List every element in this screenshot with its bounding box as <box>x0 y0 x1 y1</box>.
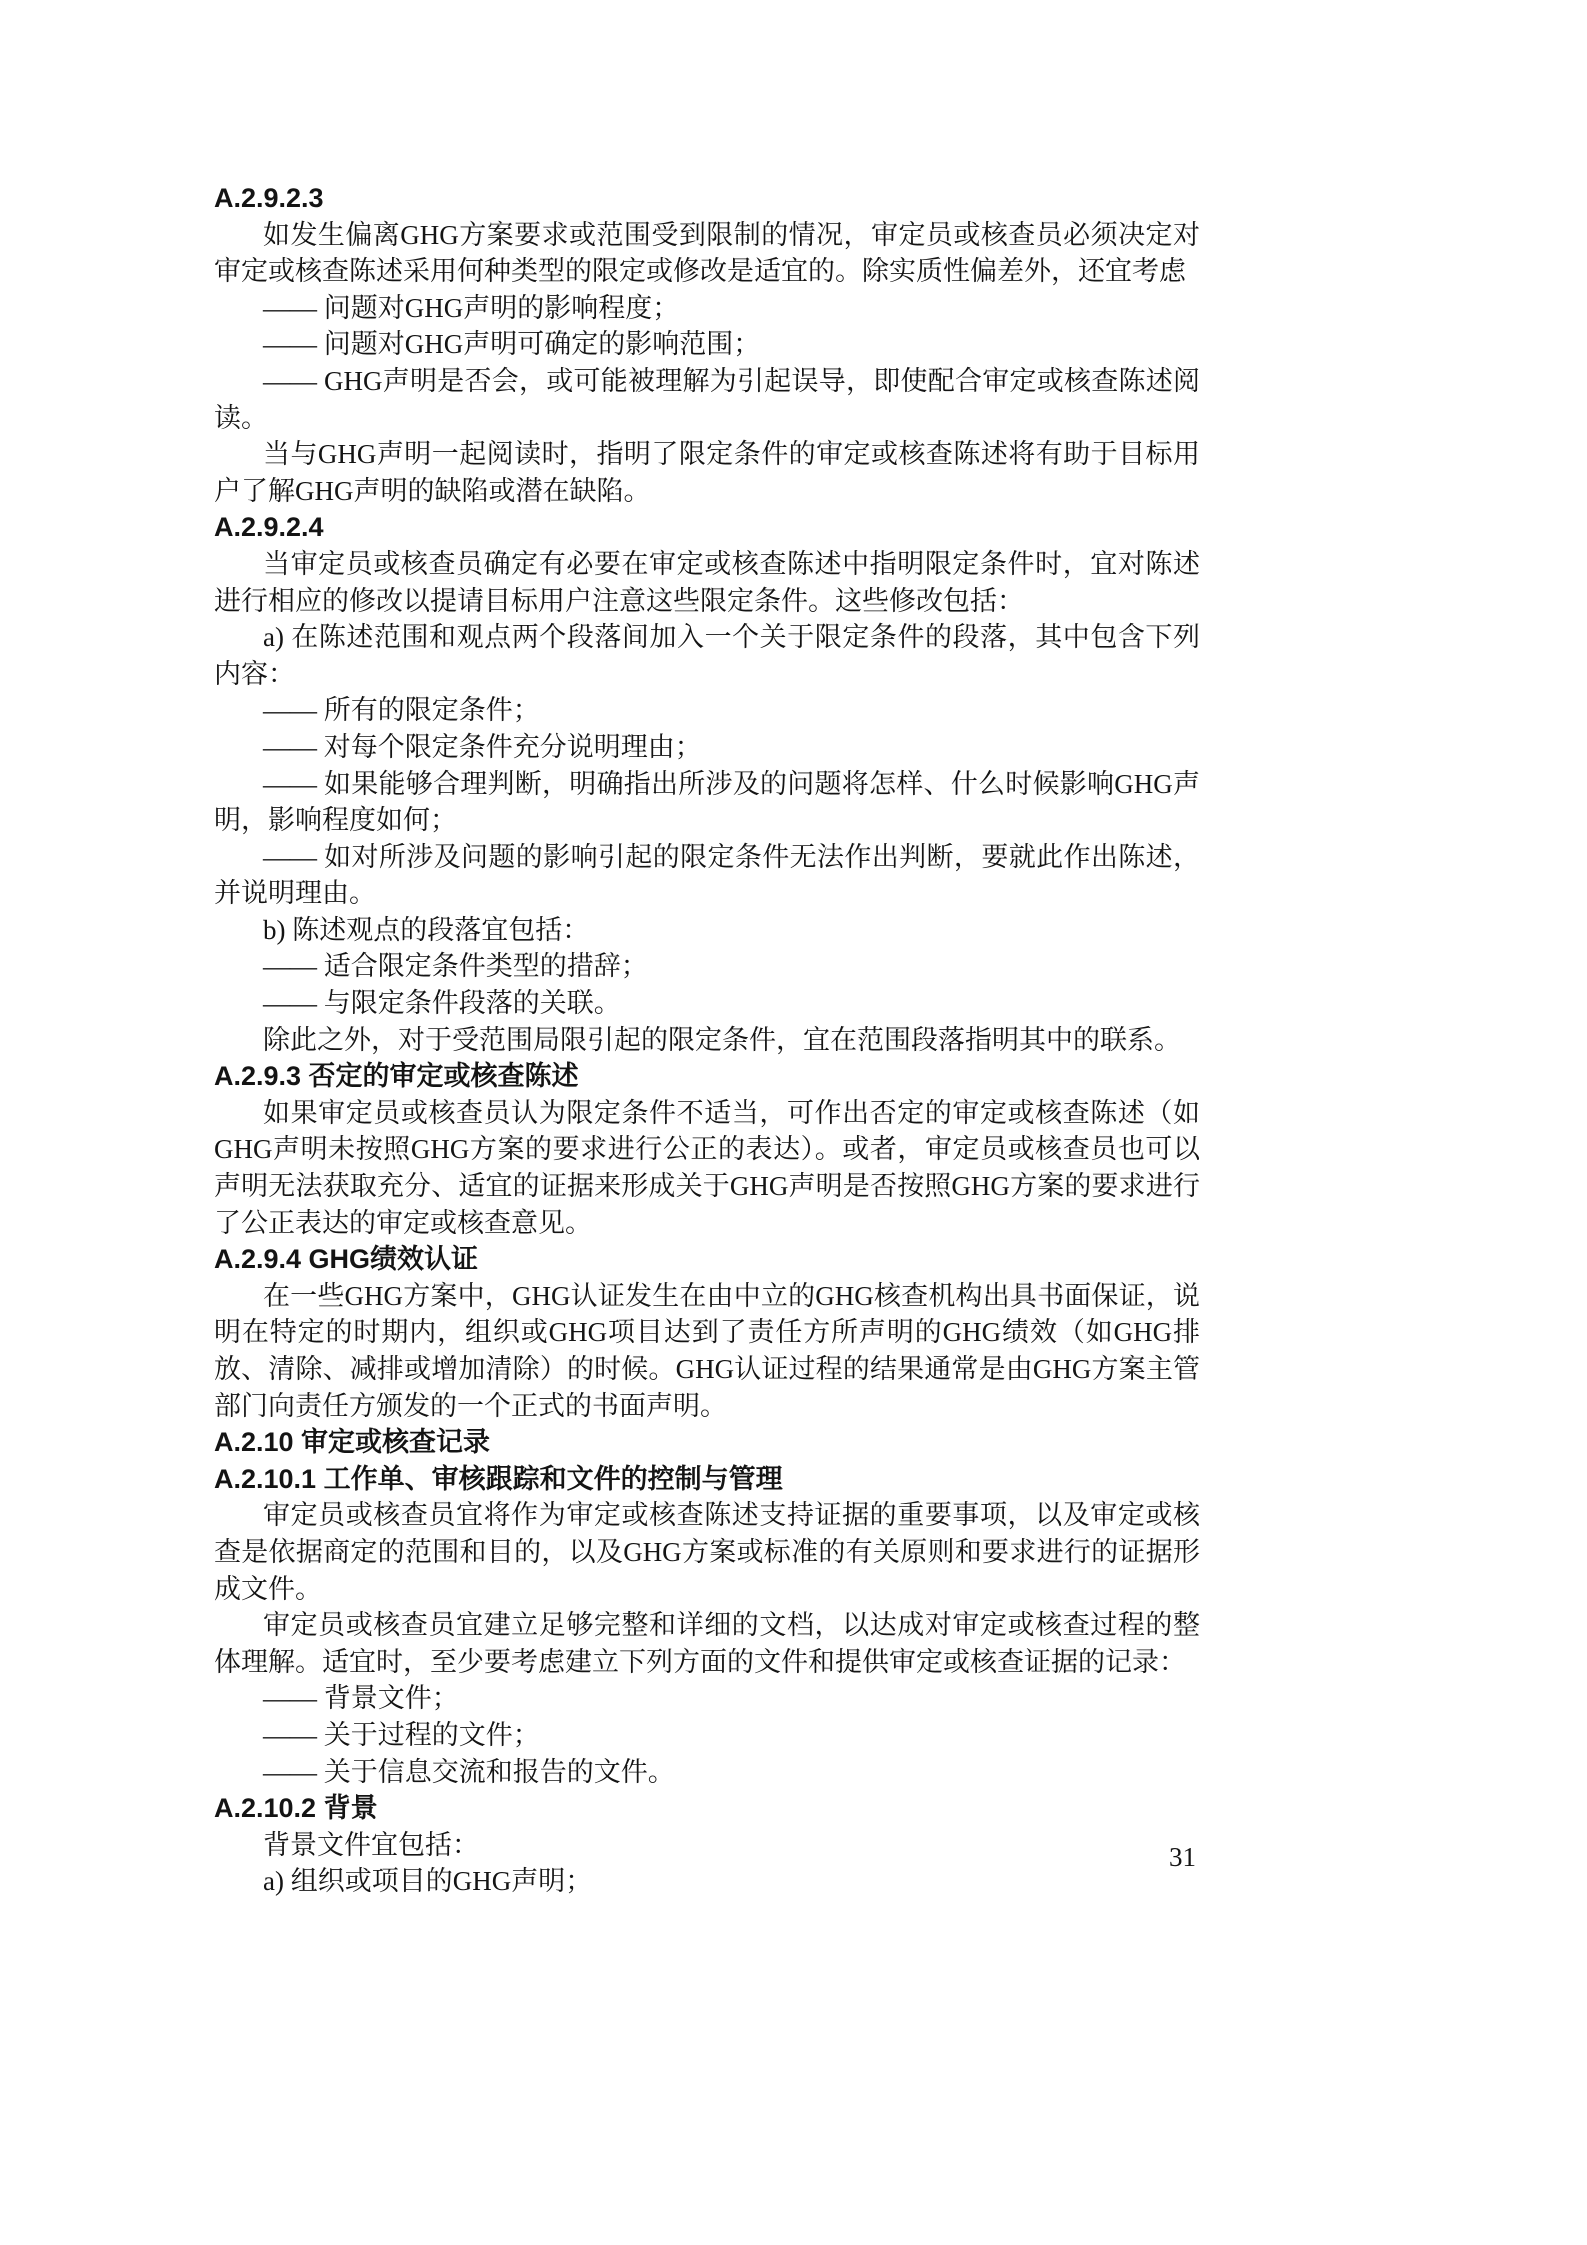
paragraph: 如果审定员或核查员认为限定条件不适当，可作出否定的审定或核查陈述（如GHG声明未… <box>214 1095 1200 1241</box>
bullet-item: —— 关于信息交流和报告的文件。 <box>214 1754 1200 1791</box>
bullet-item: —— 所有的限定条件； <box>214 692 1200 729</box>
page-body: A.2.9.2.3如发生偏离GHG方案要求或范围受到限制的情况，审定员或核查员必… <box>214 180 1200 1900</box>
bullet-item: —— 问题对GHG声明的影响程度； <box>214 290 1200 327</box>
paragraph: 如发生偏离GHG方案要求或范围受到限制的情况，审定员或核查员必须决定对审定或核查… <box>214 217 1200 290</box>
paragraph: 审定员或核查员宜建立足够完整和详细的文档，以达成对审定或核查过程的整体理解。适宜… <box>214 1607 1200 1680</box>
section-heading: A.2.9.2.4 <box>214 509 1200 546</box>
bullet-item: —— 对每个限定条件充分说明理由； <box>214 729 1200 766</box>
section-heading: A.2.9.4 GHG绩效认证 <box>214 1241 1200 1278</box>
document-page: { "document": { "language": "zh-CN", "pa… <box>0 0 1587 2245</box>
list-item: a) 在陈述范围和观点两个段落间加入一个关于限定条件的段落，其中包含下列内容： <box>214 619 1200 692</box>
paragraph: 审定员或核查员宜将作为审定或核查陈述支持证据的重要事项，以及审定或核查是依据商定… <box>214 1497 1200 1607</box>
bullet-item: —— 适合限定条件类型的措辞； <box>214 948 1200 985</box>
bullet-item: —— 与限定条件段落的关联。 <box>214 985 1200 1022</box>
section-heading: A.2.9.2.3 <box>214 180 1200 217</box>
bullet-item: —— 关于过程的文件； <box>214 1717 1200 1754</box>
section-heading: A.2.9.3 否定的审定或核查陈述 <box>214 1058 1200 1095</box>
bullet-item: —— GHG声明是否会，或可能被理解为引起误导，即使配合审定或核查陈述阅读。 <box>214 363 1200 436</box>
section-heading: A.2.10.2 背景 <box>214 1790 1200 1827</box>
bullet-item: —— 如对所涉及问题的影响引起的限定条件无法作出判断，要就此作出陈述，并说明理由… <box>214 839 1200 912</box>
bullet-item: —— 问题对GHG声明可确定的影响范围； <box>214 326 1200 363</box>
page-number: 31 <box>214 1841 1196 1873</box>
bullet-item: —— 如果能够合理判断，明确指出所涉及的问题将怎样、什么时候影响GHG声明，影响… <box>214 766 1200 839</box>
section-heading: A.2.10 审定或核查记录 <box>214 1424 1200 1461</box>
paragraph: 除此之外，对于受范围局限引起的限定条件，宜在范围段落指明其中的联系。 <box>214 1022 1200 1059</box>
list-item: b) 陈述观点的段落宜包括： <box>214 912 1200 949</box>
paragraph: 在一些GHG方案中，GHG认证发生在由中立的GHG核查机构出具书面保证，说明在特… <box>214 1278 1200 1424</box>
section-heading: A.2.10.1 工作单、审核跟踪和文件的控制与管理 <box>214 1461 1200 1498</box>
bullet-item: —— 背景文件； <box>214 1680 1200 1717</box>
paragraph: 当审定员或核查员确定有必要在审定或核查陈述中指明限定条件时，宜对陈述进行相应的修… <box>214 546 1200 619</box>
paragraph: 当与GHG声明一起阅读时，指明了限定条件的审定或核查陈述将有助于目标用户了解GH… <box>214 436 1200 509</box>
